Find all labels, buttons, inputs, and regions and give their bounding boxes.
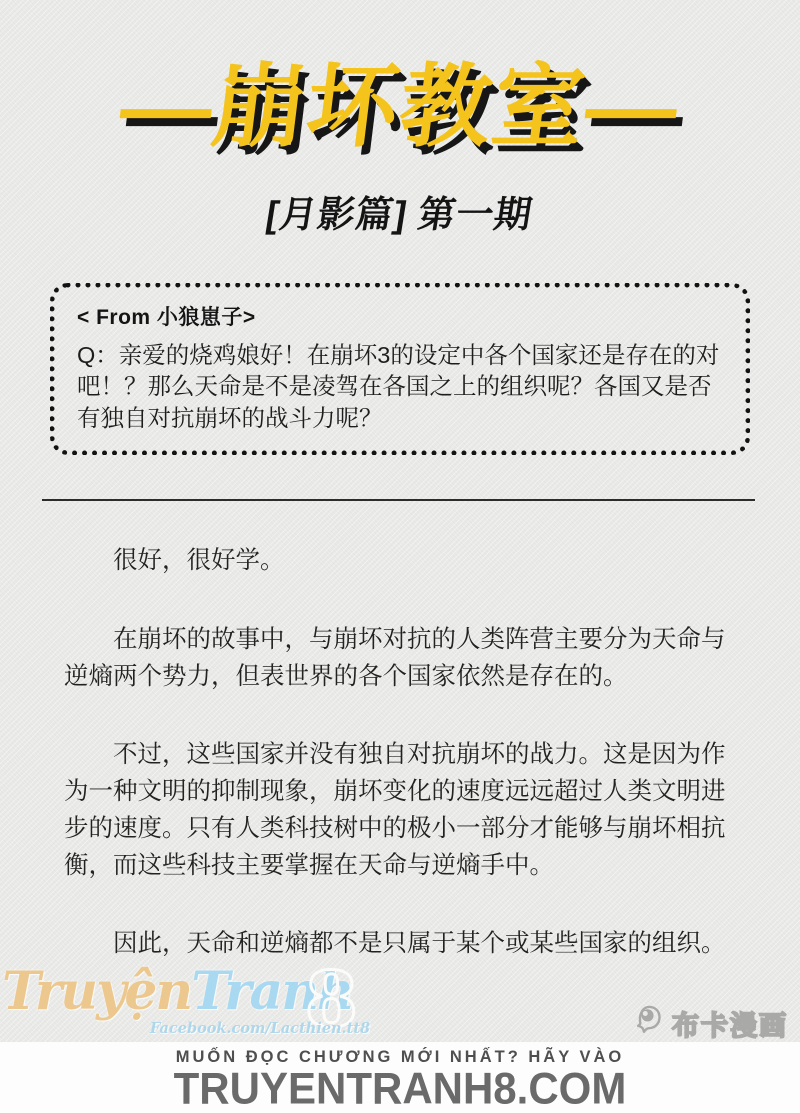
translator-watermark: TruyệnTranh 8 Facebook.com/Lacthien.tt8 [2, 966, 353, 1018]
question-text: Q：亲爱的烧鸡娘好！在崩坏3的设定中各个国家还是存在的对吧！？那么天命是不是凌驾… [77, 340, 721, 434]
question-box: < From 小狼崽子> Q：亲爱的烧鸡娘好！在崩坏3的设定中各个国家还是存在的… [50, 283, 750, 455]
answer-paragraph: 在崩坏的故事中，与崩坏对抗的人类阵营主要分为天命与逆熵两个势力，但表世界的各个国… [64, 622, 746, 696]
translator-logo-part1: Truyện [2, 961, 191, 1022]
publisher-watermark: 布卡漫画 [629, 1002, 788, 1044]
translator-logo-text: TruyệnTranh [2, 966, 353, 1018]
answer-paragraph: 因此，天命和逆熵都不是只属于某个或某些国家的组织。 [64, 926, 746, 963]
translator-facebook-url: Facebook.com/Lacthien.tt8 [150, 1020, 370, 1037]
answer-section: 很好，很好学。 在崩坏的故事中，与崩坏对抗的人类阵营主要分为天命与逆熵两个势力，… [64, 543, 746, 1005]
page-subtitle: [月影篇] 第一期 [0, 184, 800, 238]
footer-banner: MUỐN ĐỌC CHƯƠNG MỚI NHẤT? HÃY VÀO TRUYEN… [0, 1042, 800, 1113]
page-title: —崩坏教室— [0, 58, 800, 158]
comic-page: —崩坏教室— [月影篇] 第一期 < From 小狼崽子> Q：亲爱的烧鸡娘好！… [0, 0, 800, 1113]
section-divider [42, 499, 755, 501]
question-sender: < From 小狼崽子> [77, 301, 721, 331]
footer-site-url: TRUYENTRANH8.COM [0, 1067, 800, 1111]
publisher-name: 布卡漫画 [672, 1004, 788, 1043]
answer-paragraph: 很好，很好学。 [64, 543, 746, 580]
answer-paragraph: 不过，这些国家并没有独自对抗崩坏的战力。这是因为作为一种文明的抑制现象，崩坏变化… [64, 737, 746, 884]
buka-mascot-icon [629, 1002, 666, 1044]
